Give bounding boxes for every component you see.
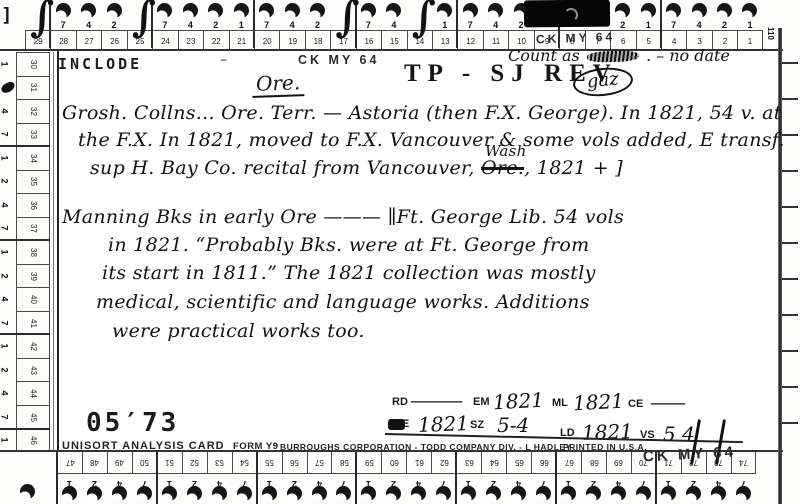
punch-col-19: 419: [279, 0, 304, 48]
punch-col-68: 682: [581, 452, 606, 504]
punch-row-44: 444: [0, 381, 50, 405]
punch-hole: [742, 3, 757, 18]
punch-col-61: 614: [406, 452, 431, 504]
field-value-sz: 5-4: [497, 413, 529, 437]
punch-col-48: 482: [82, 452, 107, 504]
notch-mark: ∫: [412, 0, 436, 37]
punch-hole: [183, 3, 198, 18]
field-value-vs: 5 4: [663, 422, 695, 446]
punch-row-46: 146: [0, 429, 50, 453]
punch-col-58: 587: [331, 452, 356, 504]
punch-col-18: 218: [305, 0, 330, 48]
punch-col-47: 471: [57, 452, 82, 504]
punch-col-29: ∫29: [25, 0, 50, 48]
punch-col-20: 720: [254, 0, 279, 48]
notch-mark: ∫: [132, 0, 156, 37]
right-edge-ticks: [782, 62, 798, 448]
punch-col-53: 534: [207, 452, 232, 504]
field-value-rd: ———: [410, 390, 461, 412]
punch-col-26: 226: [101, 0, 126, 48]
corner-bracket: ]: [1, 4, 12, 26]
punch-col-12: 712: [457, 0, 482, 48]
punch-hole: [107, 3, 122, 18]
punch-hole: [208, 3, 223, 18]
punch-hole: [259, 3, 274, 18]
punch-col-27: 427: [76, 0, 101, 48]
punch-col-23: 423: [178, 0, 203, 48]
punch-row-38: 138: [0, 240, 50, 264]
punch-col-14: ∫14: [407, 0, 432, 48]
card-name: UNISORT ANALYSIS CARD: [62, 440, 225, 452]
punch-hole: [488, 3, 503, 18]
punch-hole: [437, 3, 452, 18]
punch-col-65: 654: [506, 452, 531, 504]
punch-col-59: 591: [356, 452, 381, 504]
notch-mark: ∫: [335, 0, 359, 37]
punch-row-31: 31: [0, 76, 50, 100]
field-label-e: E: [402, 418, 409, 430]
punch-hole: [386, 3, 401, 18]
para2-line5: were practical works too.: [112, 320, 365, 342]
para1-line3-post: , 1821 + ]: [524, 157, 623, 179]
punch-hole: [56, 3, 71, 18]
punch-hole: [692, 3, 707, 18]
punch-col-11: 411: [483, 0, 508, 48]
field-label-ml: ML: [552, 397, 568, 409]
punch-col-1: 11: [737, 0, 762, 48]
punch-col-54: 547: [232, 452, 257, 504]
punch-row-33: 733: [0, 123, 50, 147]
punch-hole: [285, 3, 300, 18]
punch-col-62: 627: [431, 452, 456, 504]
inserted-word: Wash: [485, 142, 527, 160]
punch-hole: [157, 3, 172, 18]
printed-in-usa: PRINTED IN U.S.A.: [563, 442, 647, 452]
ck-my-top-note: CK MY 64: [536, 30, 616, 47]
para1-line1: Grosh. Collns... Ore. Terr. — Astoria (t…: [62, 102, 782, 124]
count-note-pre: Count as: [508, 46, 580, 65]
punch-col-60: 602: [381, 452, 406, 504]
scanned-card: ] ∫29728427226∫25724423222121720419218∫1…: [0, 0, 800, 504]
para2-line4: medical, scientific and language works. …: [96, 291, 590, 313]
punch-col-49: 494: [107, 452, 132, 504]
punch-col-64: 642: [481, 452, 506, 504]
punch-hole: [666, 3, 681, 18]
notch-mark: ∫: [30, 0, 54, 37]
para2-line1: Manning Bks in early Ore ——— ∥Ft. George…: [62, 206, 624, 228]
punch-row-36: 436: [0, 193, 50, 217]
punch-row-34: 134: [0, 146, 50, 170]
field-label-em: EM: [473, 396, 490, 408]
para2-line2: in 1821. “Probably Bks. were at Ft. Geor…: [108, 234, 589, 256]
manufacturer-line: BURROUGHS CORPORATION - TODD COMPANY DIV…: [280, 442, 572, 452]
count-note-post: . – no date: [646, 46, 730, 65]
para1-line3-pre: sup H. Bay Co. recital from Vancouver,: [90, 157, 481, 179]
field-label-sz: SZ: [470, 419, 484, 431]
punch-row-41: 741: [0, 311, 50, 335]
punch-col-2: 22: [712, 0, 737, 48]
field-value-ce: ——: [650, 392, 684, 414]
punch-hole: [463, 3, 478, 18]
field-label-rd: RD: [392, 396, 408, 408]
punch-row-32: 432: [0, 99, 50, 123]
punch-row-35: 235: [0, 170, 50, 194]
punch-col-55: 551: [257, 452, 282, 504]
punch-hole: [234, 3, 249, 18]
ore-heading: Ore.: [252, 70, 305, 98]
punch-row-42: 142: [0, 334, 50, 358]
punch-col-15: 415: [381, 0, 406, 48]
punch-col-52: 522: [182, 452, 207, 504]
count-note: Count as . – no date: [508, 46, 730, 65]
ck-my-header-note: CK MY 64: [298, 53, 379, 67]
scribbled-word: [587, 50, 639, 63]
punch-col-21: 121: [229, 0, 254, 48]
field-value-ml: 1821: [572, 389, 624, 416]
punch-hole: [615, 3, 630, 18]
punch-col-63: 631: [456, 452, 481, 504]
punch-hole: [310, 3, 325, 18]
punch-hole: [81, 3, 96, 18]
card-left-edge: [53, 52, 54, 450]
punch-col-51: 511: [157, 452, 182, 504]
punch-row-40: 440: [0, 287, 50, 311]
punch-hole: [717, 3, 732, 18]
ink-stamp: [524, 0, 610, 27]
punch-hole: [641, 3, 656, 18]
para1-line3: sup H. Bay Co. recital from Vancouver, W…: [90, 157, 623, 179]
bottom-left-hole: [20, 484, 35, 499]
punched-notch: [0, 80, 16, 94]
edge-column-label: 110: [766, 27, 775, 40]
para2-line3: its start in 1811.” The 1821 collection …: [102, 262, 596, 284]
punch-col-5: 15: [636, 0, 661, 48]
para1-line2: the F.X. In 1821, moved to F.X. Vancouve…: [78, 129, 785, 151]
punch-row-39: 239: [0, 264, 50, 288]
left-punch-column: 1303143273313423543673713823944074114224…: [0, 52, 50, 452]
field-value-em: 1821: [492, 388, 544, 415]
punch-col-50: 507: [132, 452, 157, 504]
serial-number: 05′73: [86, 408, 179, 438]
punch-col-17: ∫17: [330, 0, 355, 48]
punch-hole: [361, 3, 376, 18]
punch-row-45: 745: [0, 405, 50, 429]
top-punch-row: ∫29728427226∫25724423222121720419218∫177…: [25, 0, 763, 48]
punch-col-57: 574: [307, 452, 332, 504]
punch-col-56: 562: [282, 452, 307, 504]
punch-col-69: 694: [606, 452, 631, 504]
punch-col-4: 74: [661, 0, 686, 48]
form-number: FORM Y9: [233, 441, 279, 452]
punch-col-25: ∫25: [127, 0, 152, 48]
punch-col-66: 667: [531, 452, 556, 504]
punch-col-22: 222: [203, 0, 228, 48]
punch-col-67: 671: [556, 452, 581, 504]
struck-word: Ore.: [481, 157, 524, 179]
stray-dash-mark: –: [220, 52, 227, 68]
include-stamp: INCLODE: [58, 55, 142, 73]
punch-row-37: 737: [0, 217, 50, 241]
punch-col-3: 43: [686, 0, 711, 48]
punch-row-30: 130: [0, 52, 50, 76]
field-label-ce: CE: [628, 398, 643, 410]
punch-row-43: 243: [0, 358, 50, 382]
